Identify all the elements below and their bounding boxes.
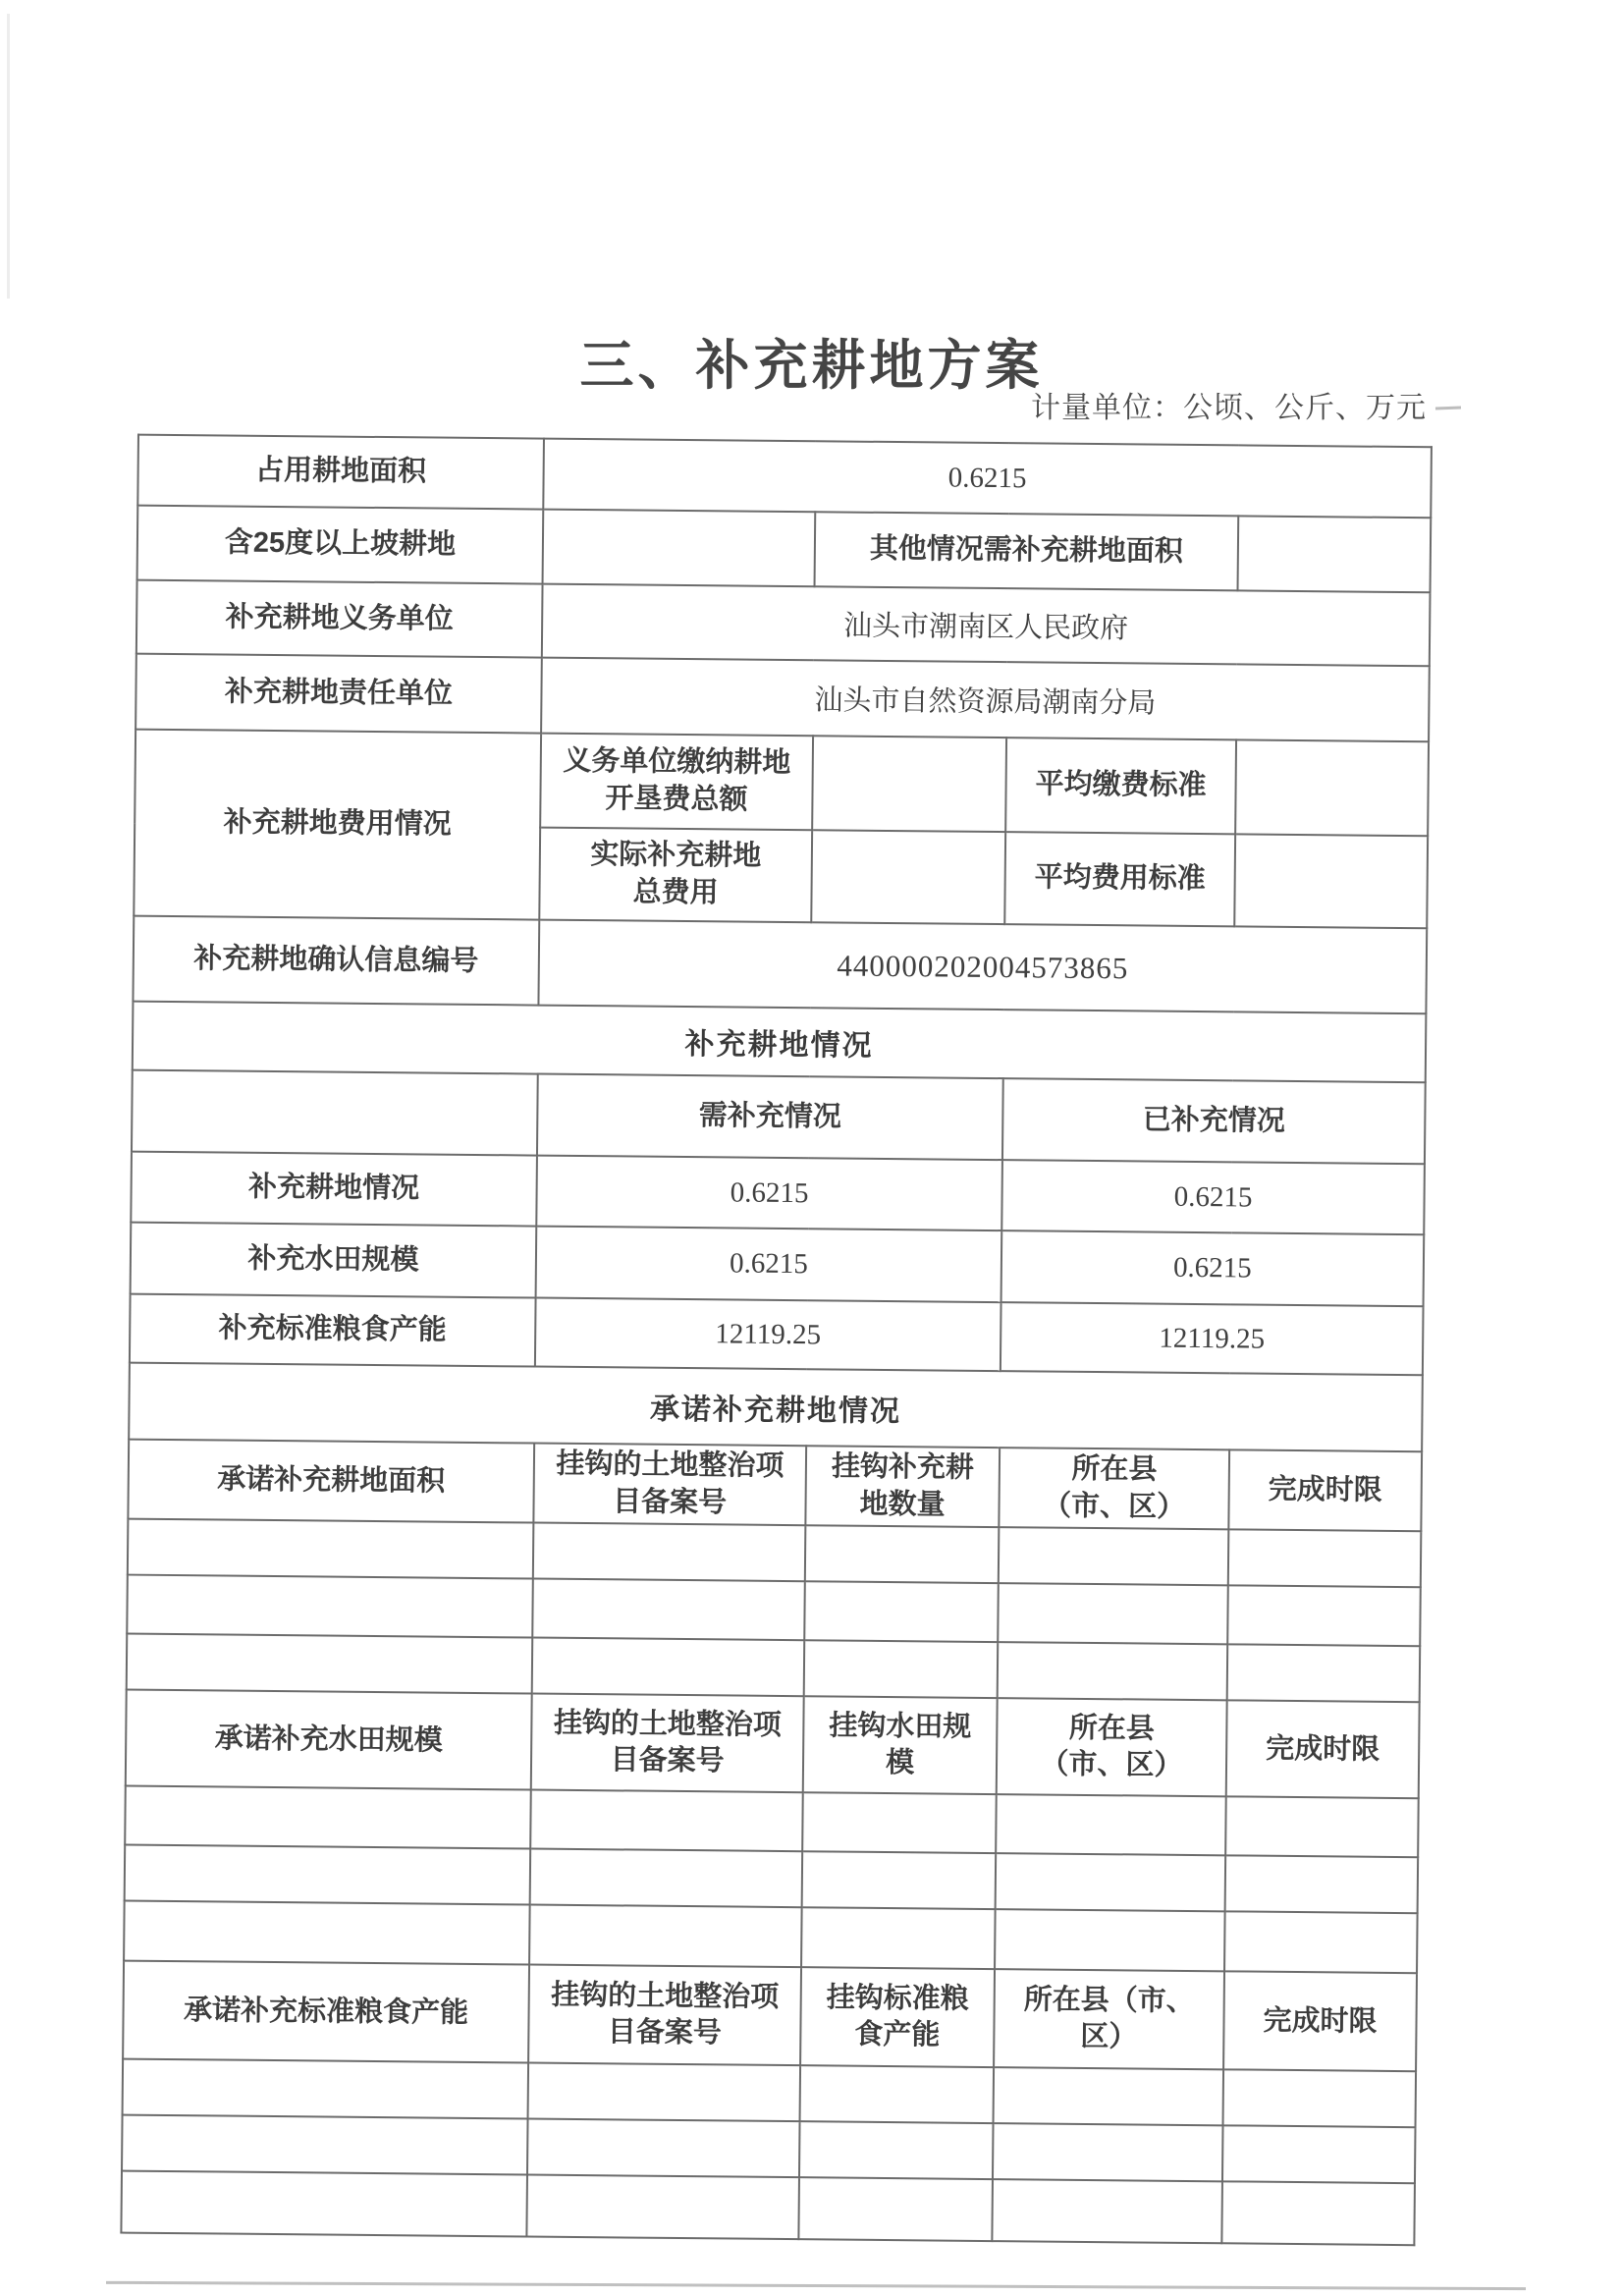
empty-cell xyxy=(528,2063,801,2122)
slope-label: 含25度以上坡耕地 xyxy=(137,506,544,584)
obligation-unit-value: 汕头市潮南区人民政府 xyxy=(542,584,1431,667)
situation-row-label: 补充耕地情况 xyxy=(131,1152,537,1227)
empty-cell xyxy=(530,1849,803,1908)
empty-cell xyxy=(127,1575,533,1638)
col-need-header: 需补充情况 xyxy=(537,1074,1003,1161)
responsible-unit-label: 补充耕地责任单位 xyxy=(135,654,542,734)
situation-row-done: 0.6215 xyxy=(1001,1230,1425,1306)
promise2-col3-header: 挂钩水田规 模 xyxy=(803,1697,998,1795)
empty-cell xyxy=(532,1579,805,1641)
occupied-area-label: 占用耕地面积 xyxy=(137,435,544,510)
promise1-col5-header: 完成时限 xyxy=(1228,1449,1422,1531)
empty-cell xyxy=(804,1582,999,1643)
section-title-promise: 承诺补充耕地情况 xyxy=(129,1363,1423,1452)
confirmation-number-label: 补充耕地确认信息编号 xyxy=(133,916,539,1006)
actual-cost-value xyxy=(811,830,1005,924)
empty-cell xyxy=(798,2178,993,2242)
empty-cell xyxy=(998,1642,1228,1700)
scan-artifact-dash xyxy=(1435,407,1461,410)
empty-cell xyxy=(999,1527,1229,1585)
situation-row-done: 12119.25 xyxy=(1001,1302,1424,1375)
situation-row-need: 0.6215 xyxy=(536,1156,1002,1231)
empty-cell xyxy=(121,2171,527,2237)
empty-cell xyxy=(800,2066,995,2124)
promise3-col2-header: 挂钩的土地整治项 目备案号 xyxy=(528,1965,801,2066)
empty-cell xyxy=(127,1634,533,1694)
scan-artifact-bottom-line xyxy=(106,2281,1526,2290)
situation-row-need: 0.6215 xyxy=(536,1227,1002,1303)
fee-situation-label: 补充耕地费用情况 xyxy=(134,730,541,920)
promise2-col2-header: 挂钩的土地整治项 目备案号 xyxy=(531,1694,804,1793)
promise1-col4-header: 所在县 （市、区） xyxy=(999,1448,1229,1530)
empty-cell xyxy=(1227,1586,1421,1647)
empty-cell xyxy=(132,1070,538,1156)
empty-cell xyxy=(532,1638,805,1697)
empty-cell xyxy=(530,1790,803,1852)
promise3-col5-header: 完成时限 xyxy=(1223,1972,1417,2072)
avg-cost-standard-value xyxy=(1234,834,1428,928)
empty-cell xyxy=(1221,2182,1415,2246)
col-done-header: 已补充情况 xyxy=(1002,1078,1426,1164)
avg-cost-standard-label: 平均费用标准 xyxy=(1004,832,1235,926)
confirmation-number-value: 440000202004573865 xyxy=(538,920,1427,1014)
empty-cell xyxy=(1228,1530,1422,1588)
empty-cell xyxy=(122,2115,528,2175)
empty-cell xyxy=(1223,2070,1417,2128)
responsible-unit-value: 汕头市自然资源局潮南分局 xyxy=(541,658,1430,742)
fee-paid-label: 义务单位缴纳耕地 开垦费总额 xyxy=(540,734,813,831)
promise1-col3-header: 挂钩补充耕 地数量 xyxy=(805,1446,1000,1527)
empty-cell xyxy=(124,1901,530,1965)
avg-payment-standard-value xyxy=(1235,739,1429,836)
empty-cell xyxy=(995,1909,1225,1971)
form-table: 占用耕地面积 0.6215 含25度以上坡耕地 其他情况需补充耕地面积 补充耕地… xyxy=(120,434,1433,2247)
empty-cell xyxy=(996,1853,1226,1911)
slope-value xyxy=(543,510,816,587)
empty-cell xyxy=(993,2123,1223,2181)
empty-cell xyxy=(128,1519,534,1579)
other-need-value xyxy=(1238,516,1432,592)
promise3-col4-header: 所在县（市、 区） xyxy=(994,1969,1224,2069)
empty-cell xyxy=(802,1852,997,1910)
empty-cell xyxy=(801,1908,996,1970)
occupied-area-value: 0.6215 xyxy=(543,439,1432,519)
empty-cell xyxy=(994,2067,1224,2125)
empty-cell xyxy=(805,1526,1000,1584)
other-need-label: 其他情况需补充耕地面积 xyxy=(815,512,1239,590)
promise2-col1-header: 承诺补充水田规模 xyxy=(126,1690,532,1790)
empty-cell xyxy=(804,1641,999,1699)
empty-cell xyxy=(123,2059,529,2119)
empty-cell xyxy=(799,2122,994,2180)
empty-cell xyxy=(998,1583,1228,1644)
avg-payment-standard-label: 平均缴费标准 xyxy=(1005,738,1236,834)
empty-cell xyxy=(1225,1797,1419,1858)
empty-cell xyxy=(1224,1912,1418,1974)
empty-cell xyxy=(529,1905,802,1968)
obligation-unit-label: 补充耕地义务单位 xyxy=(136,580,543,658)
situation-row-label: 补充标准粮食产能 xyxy=(130,1294,536,1367)
unit-note: 计量单位：公顷、公斤、万元 xyxy=(1031,383,1427,426)
empty-cell xyxy=(992,2179,1222,2243)
situation-row-label: 补充水田规模 xyxy=(131,1223,537,1298)
form-sheet: 占用耕地面积 0.6215 含25度以上坡耕地 其他情况需补充耕地面积 补充耕地… xyxy=(120,434,1431,2247)
empty-cell xyxy=(1222,2126,1416,2184)
fee-paid-value xyxy=(812,736,1006,832)
promise1-col2-header: 挂钩的土地整治项 目备案号 xyxy=(533,1444,806,1526)
situation-row-need: 12119.25 xyxy=(535,1298,1001,1372)
section-title-situation: 补充耕地情况 xyxy=(133,1002,1427,1083)
empty-cell xyxy=(533,1523,806,1582)
situation-row-done: 0.6215 xyxy=(1001,1160,1425,1234)
promise2-col4-header: 所在县 （市、区） xyxy=(997,1698,1227,1796)
empty-cell xyxy=(996,1794,1226,1855)
empty-cell xyxy=(802,1793,997,1854)
promise3-col3-header: 挂钩标准粮 食产能 xyxy=(800,1968,995,2068)
promise3-col1-header: 承诺补充标准粮食产能 xyxy=(123,1961,529,2063)
promise1-col1-header: 承诺补充耕地面积 xyxy=(128,1440,534,1523)
empty-cell xyxy=(527,2119,800,2178)
empty-cell xyxy=(1227,1645,1421,1703)
empty-cell xyxy=(125,1786,531,1849)
actual-cost-label: 实际补充耕地 总费用 xyxy=(539,828,812,923)
empty-cell xyxy=(1225,1856,1419,1914)
scan-artifact-left-edge xyxy=(7,14,10,299)
empty-cell xyxy=(526,2175,799,2240)
empty-cell xyxy=(125,1845,531,1905)
promise2-col5-header: 完成时限 xyxy=(1226,1701,1420,1799)
